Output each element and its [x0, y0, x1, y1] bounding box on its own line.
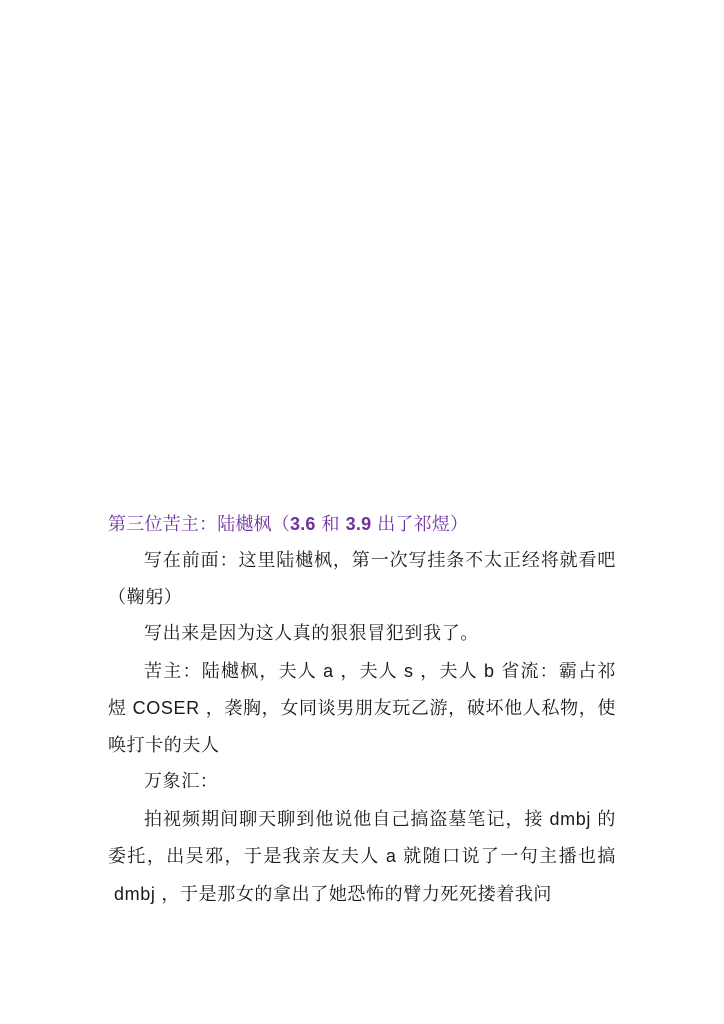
summary-latin: a: [317, 661, 340, 681]
document-content: 第三位苦主：陆樾枫（3.6 和 3.9 出了祁煜） 写在前面：这里陆樾枫，第一次…: [108, 508, 616, 913]
paragraph-story: 拍视频期间聊天聊到他说他自己搞盗墓笔记，接dmbj的委托，出吴邪，于是我亲友夫人…: [108, 801, 616, 914]
paragraph-reason: 写出来是因为这人真的狠狠冒犯到我了。: [108, 616, 616, 653]
heading-mid: 和: [316, 514, 346, 535]
paragraph-preface: 写在前面：这里陆樾枫，第一次写挂条不太正经将就看吧（鞠躬）: [108, 543, 616, 616]
heading-prefix: 第三位苦主：陆樾枫（: [108, 514, 290, 535]
summary-text: 苦主：陆樾枫，夫人: [144, 661, 317, 682]
heading-suffix: 出了祁煜）: [371, 514, 468, 535]
summary-latin: b: [478, 661, 501, 681]
story-text: 拍视频期间聊天聊到他说他自己搞盗墓笔记，接: [144, 809, 544, 830]
heading-date-1: 3.6: [290, 514, 316, 534]
summary-text: ，夫人: [420, 661, 478, 682]
document-page: 第三位苦主：陆樾枫（3.6 和 3.9 出了祁煜） 写在前面：这里陆樾枫，第一次…: [0, 0, 724, 1024]
paragraph-location: 万象汇：: [108, 764, 616, 801]
section-heading: 第三位苦主：陆樾枫（3.6 和 3.9 出了祁煜）: [108, 508, 616, 541]
story-text: 就随口说了一句主播也搞: [402, 846, 616, 867]
story-text: ，于是那女的拿出了她恐怖的臂力死死搂着我问: [161, 884, 552, 905]
heading-date-2: 3.9: [346, 514, 372, 534]
summary-latin: COSER: [127, 698, 206, 718]
summary-text: ，夫人: [340, 661, 398, 682]
story-latin: dmbj: [108, 884, 161, 904]
story-latin: a: [380, 846, 403, 866]
summary-latin: s: [398, 661, 420, 681]
paragraph-summary: 苦主：陆樾枫，夫人a，夫人s，夫人b省流：霸占祁煜COSER，袭胸，女同谈男朋友…: [108, 653, 616, 765]
story-latin: dmbj: [544, 809, 597, 829]
